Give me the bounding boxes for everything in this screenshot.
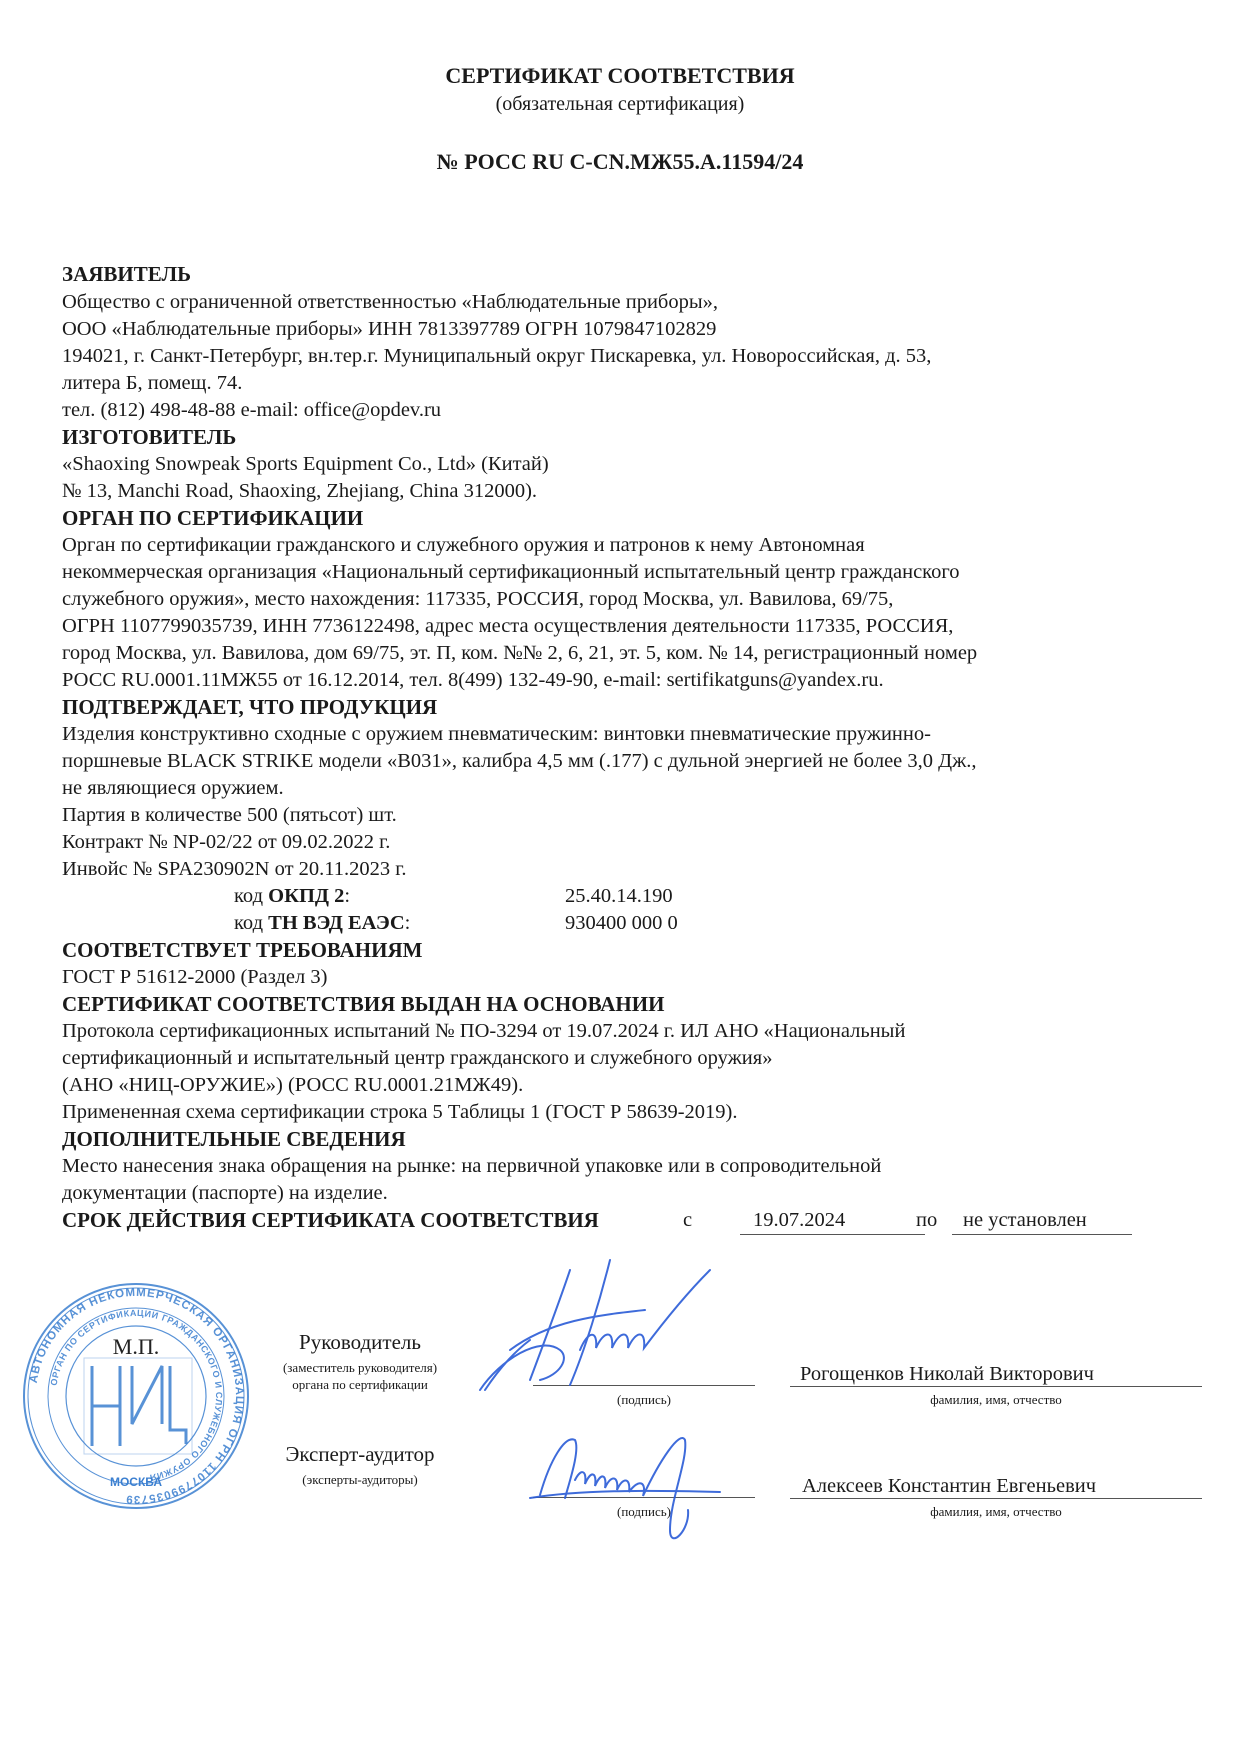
applicant-line: ООО «Наблюдательные приборы» ИНН 7813397…	[62, 317, 716, 341]
manufacturer-line: «Shaoxing Snowpeak Sports Equipment Co.,…	[62, 452, 549, 476]
product-line: Изделия конструктивно сходные с оружием …	[62, 722, 931, 746]
validity-from-label: с	[683, 1208, 692, 1232]
head-name: Рогощенков Николай Викторович	[800, 1362, 1094, 1386]
applicant-line: Общество с ограниченной ответственностью…	[62, 290, 718, 314]
head-signature-icon	[470, 1240, 790, 1400]
product-batch: Партия в количестве 500 (пятьсот) шт.	[62, 803, 397, 827]
nic-logo-icon	[84, 1358, 192, 1454]
code-suffix: :	[405, 912, 411, 934]
product-invoice: Инвойс № SPA230902N от 20.11.2023 г.	[62, 857, 407, 881]
product-line: не являющиеся оружием.	[62, 776, 284, 800]
code-tnved-value: 930400 000 0	[565, 911, 678, 935]
basis-line: сертификационный и испытательный центр г…	[62, 1046, 772, 1070]
product-line: поршневые BLACK STRIKE модели «В031», ка…	[62, 749, 977, 773]
validity-to-underline	[952, 1234, 1132, 1235]
code-prefix: код	[234, 912, 268, 934]
certification-body-heading: ОРГАН ПО СЕРТИФИКАЦИИ	[62, 506, 363, 530]
code-prefix: код	[234, 885, 268, 907]
validity-to-value: не установлен	[963, 1208, 1087, 1232]
requirements-line: ГОСТ Р 51612-2000 (Раздел 3)	[62, 965, 327, 989]
applicant-contact: тел. (812) 498-48-88 e-mail: office@opde…	[62, 398, 441, 422]
stamp-mp-label: М.П.	[113, 1334, 159, 1359]
code-okpd-value: 25.40.14.190	[565, 884, 673, 908]
basis-line: Протокола сертификационных испытаний № П…	[62, 1019, 905, 1043]
expert-name-line	[790, 1498, 1202, 1499]
additional-line: документации (паспорте) на изделие.	[62, 1181, 388, 1205]
code-name: ОКПД 2	[268, 885, 344, 907]
code-suffix: :	[344, 885, 350, 907]
certification-body-line: Орган по сертификации гражданского и слу…	[62, 533, 865, 557]
head-name-line	[790, 1386, 1202, 1387]
applicant-line: 194021, г. Санкт-Петербург, вн.тер.г. Му…	[62, 344, 931, 368]
code-tnved-label: код ТН ВЭД ЕАЭС:	[234, 911, 410, 935]
document-title: СЕРТИФИКАТ СООТВЕТСТВИЯ	[0, 64, 1240, 88]
basis-line: (АНО «НИЦ-ОРУЖИЕ») (РОСС RU.0001.21МЖ49)…	[62, 1073, 523, 1097]
product-contract: Контракт № NP-02/22 от 09.02.2022 г.	[62, 830, 390, 854]
validity-from-date: 19.07.2024	[753, 1208, 845, 1232]
validity-to-label: по	[916, 1208, 937, 1232]
manufacturer-line: № 13, Manchi Road, Shaoxing, Zhejiang, C…	[62, 479, 537, 503]
head-name-caption: фамилия, имя, отчество	[790, 1388, 1202, 1412]
certification-body-line: некоммерческая организация «Национальный…	[62, 560, 960, 584]
product-heading: ПОДТВЕРЖДАЕТ, ЧТО ПРОДУКЦИЯ	[62, 695, 437, 719]
expert-subtitle: (эксперты-аудиторы)	[230, 1468, 490, 1492]
expert-title: Эксперт-аудитор	[230, 1442, 490, 1466]
certification-body-line: ОГРН 1107799035739, ИНН 7736122498, адре…	[62, 614, 953, 638]
certification-body-line: служебного оружия», место нахождения: 11…	[62, 587, 893, 611]
certification-body-line: город Москва, ул. Вавилова, дом 69/75, э…	[62, 641, 977, 665]
stamp-city: МОСКВА	[110, 1475, 162, 1489]
requirements-heading: СООТВЕТСТВУЕТ ТРЕБОВАНИЯМ	[62, 938, 422, 962]
additional-line: Место нанесения знака обращения на рынке…	[62, 1154, 881, 1178]
applicant-line: литера Б, помещ. 74.	[62, 371, 242, 395]
head-subtitle-2: органа по сертификации	[230, 1373, 490, 1397]
certification-body-line: РОСС RU.0001.11МЖ55 от 16.12.2014, тел. …	[62, 668, 884, 692]
basis-heading: СЕРТИФИКАТ СООТВЕТСТВИЯ ВЫДАН НА ОСНОВАН…	[62, 992, 664, 1016]
code-okpd-label: код ОКПД 2:	[234, 884, 350, 908]
manufacturer-heading: ИЗГОТОВИТЕЛЬ	[62, 425, 236, 449]
applicant-heading: ЗАЯВИТЕЛЬ	[62, 262, 191, 286]
expert-name: Алексеев Константин Евгеньевич	[802, 1474, 1096, 1498]
additional-heading: ДОПОЛНИТЕЛЬНЫЕ СВЕДЕНИЯ	[62, 1127, 406, 1151]
basis-line: Примененная схема сертификации строка 5 …	[62, 1100, 738, 1124]
head-title: Руководитель	[230, 1330, 490, 1354]
validity-from-underline	[740, 1234, 925, 1235]
validity-heading: СРОК ДЕЙСТВИЯ СЕРТИФИКАТА СООТВЕТСТВИЯ	[62, 1208, 599, 1232]
expert-name-caption: фамилия, имя, отчество	[790, 1500, 1202, 1524]
code-name: ТН ВЭД ЕАЭС	[268, 912, 405, 934]
organization-stamp: АВТОНОМНАЯ НЕКОММЕРЧЕСКАЯ ОРГАНИЗАЦИЯ ОГ…	[20, 1280, 252, 1512]
certificate-number: № РОСС RU С-CN.МЖ55.А.11594/24	[0, 150, 1240, 174]
document-subtitle: (обязательная сертификация)	[0, 92, 1240, 116]
expert-signature-icon	[520, 1420, 740, 1540]
